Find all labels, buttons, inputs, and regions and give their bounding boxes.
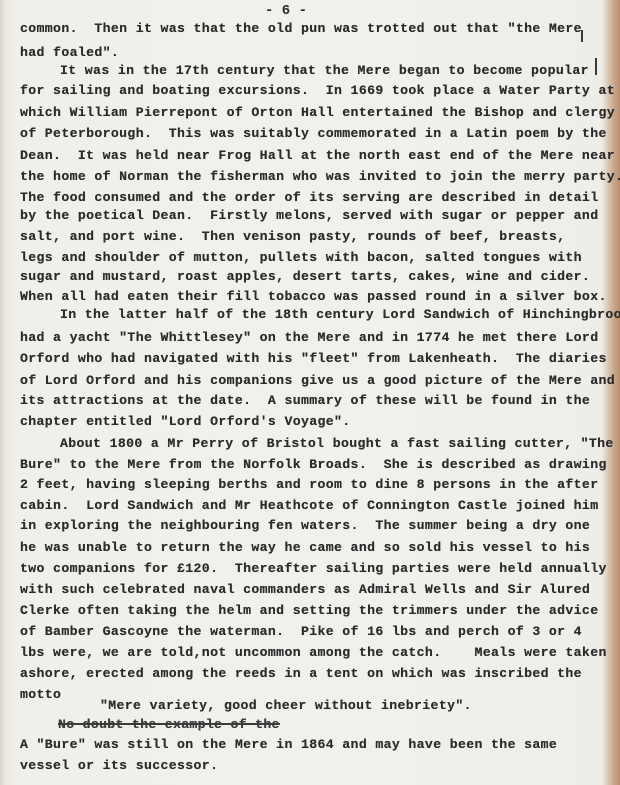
text-line: legs and shoulder of mutton, pullets wit…: [20, 249, 582, 267]
text-line: cabin. Lord Sandwich and Mr Heathcote of…: [20, 497, 598, 515]
text-line: The food consumed and the order of its s…: [20, 189, 598, 207]
text-line: for sailing and boating excursions. In 1…: [20, 82, 615, 100]
margin-pencil-mark: [595, 58, 597, 75]
paragraph-start-line: It was in the 17th century that the Mere…: [60, 62, 589, 80]
text-line: lbs were, we are told,not uncommon among…: [20, 644, 607, 662]
text-line: in exploring the neighbouring fen waters…: [20, 517, 590, 535]
text-line: Bure" to the Mere from the Norfolk Broad…: [20, 456, 607, 474]
typewritten-page: - 6 - common. Then it was that the old p…: [0, 0, 620, 785]
text-line: ashore, erected among the reeds in a ten…: [20, 665, 582, 683]
text-line: sugar and mustard, roast apples, desert …: [20, 268, 590, 286]
text-line: had a yacht "The Whittlesey" on the Mere…: [20, 329, 598, 347]
text-line: A "Bure" was still on the Mere in 1864 a…: [20, 736, 557, 754]
paragraph-start-line: About 1800 a Mr Perry of Bristol bought …: [60, 435, 614, 453]
paragraph-start-line: In the latter half of the 18th century L…: [60, 306, 620, 324]
text-line: Dean. It was held near Frog Hall at the …: [20, 147, 615, 165]
text-line: with such celebrated naval commanders as…: [20, 581, 590, 599]
text-line: salt, and port wine. Then venison pasty,…: [20, 228, 565, 246]
text-line: two companions for £120. Thereafter sail…: [20, 560, 607, 578]
text-line: the home of Norman the fisherman who was…: [20, 168, 620, 186]
text-line: 2 feet, having sleeping berths and room …: [20, 476, 598, 494]
text-line: by the poetical Dean. Firstly melons, se…: [20, 207, 598, 225]
text-line: of Peterborough. This was suitably comme…: [20, 125, 607, 143]
struck-out-text: No doubt the example of the: [58, 717, 280, 732]
text-line: Clerke often taking the helm and setting…: [20, 602, 598, 620]
text-line: of Lord Orford and his companions give u…: [20, 372, 615, 390]
text-line: he was unable to return the way he came …: [20, 539, 590, 557]
margin-pencil-mark: [581, 30, 583, 42]
text-line: had foaled".: [20, 44, 119, 62]
text-line: of Bamber Gascoyne the waterman. Pike of…: [20, 623, 582, 641]
text-line: motto: [20, 686, 61, 704]
page-number: - 6 -: [265, 3, 307, 19]
text-line: its attractions at the date. A summary o…: [20, 392, 590, 410]
text-line: common. Then it was that the old pun was…: [20, 20, 582, 38]
text-line: Orford who had navigated with his "fleet…: [20, 350, 607, 368]
struck-out-line: No doubt the example of the: [58, 716, 280, 734]
text-line: chapter entitled "Lord Orford's Voyage".: [20, 413, 351, 431]
text-line: When all had eaten their fill tobacco wa…: [20, 288, 607, 306]
text-line: which William Pierrepont of Orton Hall e…: [20, 104, 615, 122]
motto-quote: "Mere variety, good cheer without inebri…: [100, 697, 472, 715]
text-line: vessel or its successor.: [20, 757, 218, 775]
